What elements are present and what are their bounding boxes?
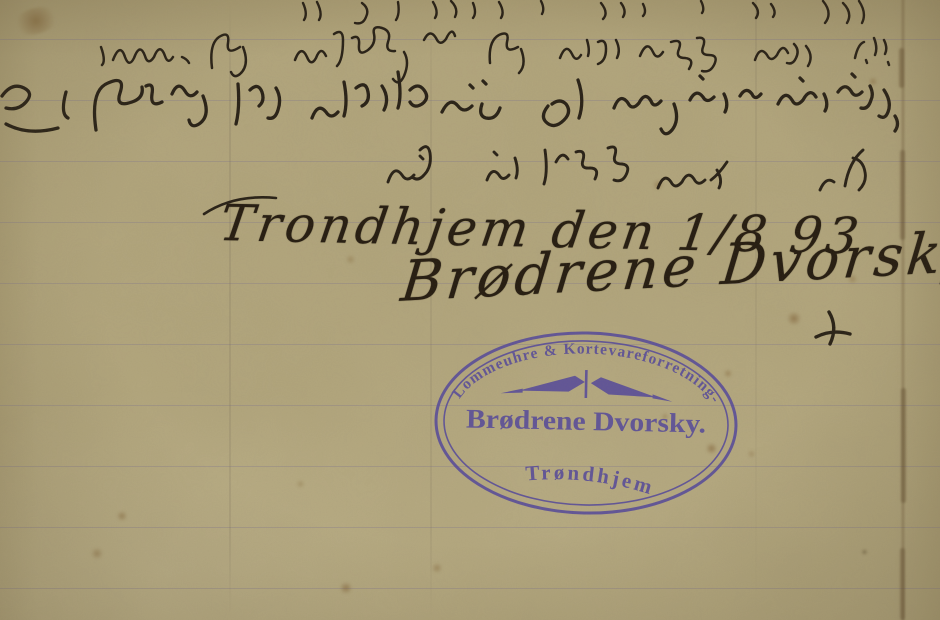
stain bbox=[747, 450, 756, 458]
yiddish-line-2 bbox=[2, 72, 898, 134]
svg-text:Trøndhjem: Trøndhjem bbox=[524, 459, 658, 499]
yiddish-line-1 bbox=[101, 27, 889, 82]
crease-blotch bbox=[899, 48, 904, 88]
stamp-center-text: Brødrene Dvorsky. bbox=[466, 403, 707, 438]
stain bbox=[652, 180, 664, 190]
stain bbox=[345, 255, 356, 264]
signature-flourish bbox=[816, 312, 850, 344]
yiddish-line-3 bbox=[388, 147, 865, 190]
stain bbox=[296, 480, 305, 488]
stain bbox=[431, 563, 443, 573]
crease-blotch bbox=[901, 388, 906, 503]
stain bbox=[9, 2, 62, 40]
stain bbox=[90, 548, 104, 559]
stain bbox=[786, 312, 802, 325]
stain bbox=[339, 582, 353, 594]
fold-crease-left bbox=[229, 0, 231, 620]
stamp-bottom-arc-text: Trøndhjem bbox=[524, 459, 658, 499]
scanned-letter-photo: Trondhjem den 1/8 93 Brødrene Dvorsky Lo… bbox=[0, 0, 940, 620]
yiddish-line-top bbox=[303, 1, 864, 23]
crease-blotch bbox=[900, 548, 905, 620]
rubber-stamp: Lommeuhre & Kortevareforretning- Brødren… bbox=[426, 326, 746, 524]
fold-crease-dark bbox=[900, 0, 906, 620]
stamp-spear-ornament-icon bbox=[501, 368, 674, 402]
stain bbox=[116, 511, 128, 521]
stain bbox=[868, 77, 878, 86]
stain bbox=[861, 549, 868, 555]
fold-crease-right-faint bbox=[755, 0, 757, 620]
